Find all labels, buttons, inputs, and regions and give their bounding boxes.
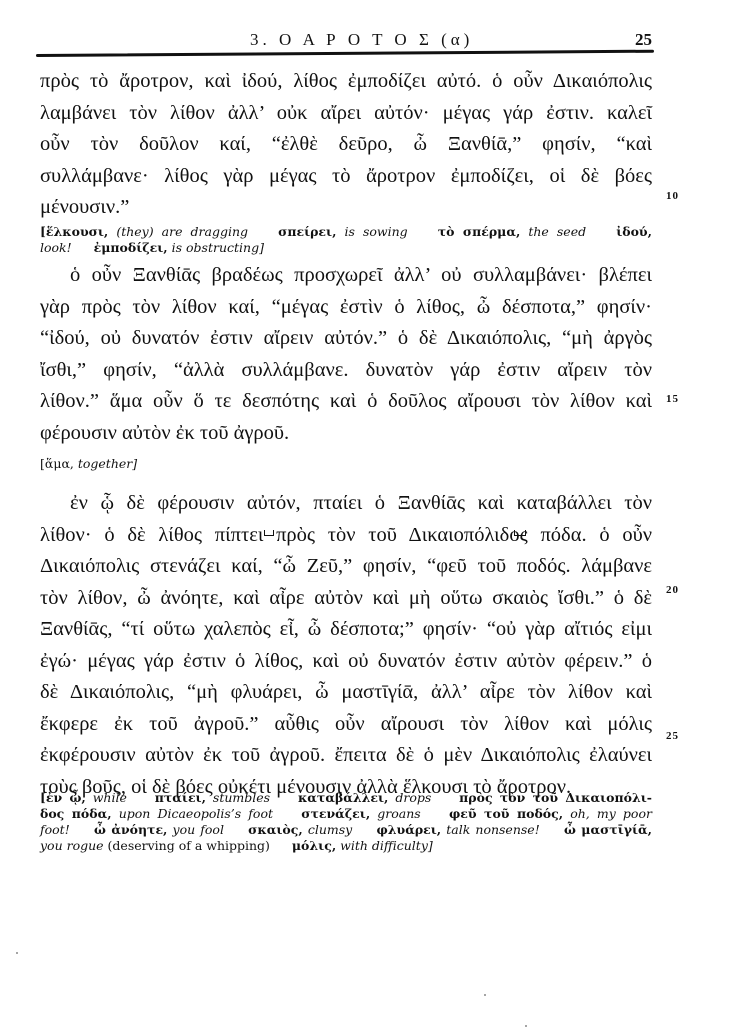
gloss-term: ἐμποδίζει, <box>94 240 168 255</box>
gloss-definition: (they) are dragging <box>116 224 248 239</box>
vocabulary-gloss-2: [ἅμα, together] <box>40 456 652 472</box>
gloss-term: ἰδού, <box>616 224 652 239</box>
gloss-term: μόλις, <box>292 838 336 853</box>
passage-line: οὖν τὸν δοῦλον καί, “ἐλθὲ δεῦρο, ὦ Ξανθί… <box>40 129 652 161</box>
line-number-10: 10 <box>666 190 679 202</box>
gloss-term: στενάζει, <box>301 806 370 821</box>
passage-line: ὁ οὖν Ξανθίᾱς βραδέως προσχωρεῖ ἀλλ’ οὐ … <box>40 260 652 292</box>
gloss-term: δος πόδα, <box>40 806 112 821</box>
gloss-term: [ἕλκουσι, <box>40 224 108 239</box>
gloss-definition: is sowing <box>344 224 407 239</box>
passage-line: Ξανθίᾱς, “τί οὕτω χαλεπὸς εἶ, ὦ δέσποτα;… <box>40 614 652 646</box>
passage-line: μένουσιν.” <box>40 192 652 224</box>
passage-line: ἴσθι,” φησίν, “ἀλλὰ συλλάμβανε. δυνατὸν … <box>40 355 652 387</box>
passage-3: ἐν ᾧ δὲ φέρουσιν αὐτόν, πταίει ὁ Ξανθίᾱς… <box>40 488 652 803</box>
gloss-term: [ἐν ᾧ, <box>40 790 86 805</box>
gloss-term: ὦ ἀνόητε, <box>94 822 167 837</box>
page-number: 25 <box>635 30 652 50</box>
gloss-definition: clumsy <box>308 822 352 837</box>
gloss-definition: look! <box>40 240 72 255</box>
gloss-term: καταβάλλει, <box>298 790 388 805</box>
gloss-definition: the seed <box>528 224 586 239</box>
gloss-definition: drops <box>395 790 431 805</box>
gloss-line: δος πόδα, upon Dicaeopolis’s foot στενάζ… <box>40 806 652 822</box>
gloss-line: you rogue (deserving of a whipping) μόλι… <box>40 838 652 854</box>
passage-line: ἐν ᾧ δὲ φέρουσιν αὐτόν, πταίει ὁ Ξανθίᾱς… <box>40 488 652 520</box>
gloss-term: φεῦ τοῦ ποδός, <box>449 806 563 821</box>
passage-line: γὰρ πρὸς τὸν λίθον καί, “μέγας ἐστὶν ὁ λ… <box>40 292 652 324</box>
gloss-term: φλυάρει, <box>376 822 441 837</box>
gloss-definition: talk nonsense! <box>446 822 539 837</box>
gloss-term: ὦ μαστῑγίᾱ, <box>564 822 652 837</box>
passage-line: δὲ Δικαιόπολις, “μὴ φλυάρει, ὦ μαστῑγίᾱ,… <box>40 677 652 709</box>
gloss-definition: while <box>93 790 127 805</box>
passage-line: τὸν λίθον, ὦ ἀνόητε, καὶ αἶρε αὐτὸν καὶ … <box>40 583 652 615</box>
gloss-note: (deserving of a whipping) <box>108 838 270 853</box>
passage-line: λίθον· ὁ δὲ λίθος πίπτει πρὸς τὸν τοῦ Δι… <box>40 520 652 552</box>
gloss-line: [ἕλκουσι, (they) are dragging σπείρει, i… <box>40 224 652 240</box>
passage-line: Δικαιόπολις στενάζει καί, “ὦ Ζεῦ,” φησίν… <box>40 551 652 583</box>
gloss-definition: oh, my poor <box>570 806 652 821</box>
gloss-term: σπείρει, <box>278 224 336 239</box>
handwritten-bracket-mark <box>514 530 526 536</box>
passage-2: ὁ οὖν Ξανθίᾱς βραδέως προσχωρεῖ ἀλλ’ οὐ … <box>40 260 652 449</box>
vocabulary-gloss-1: [ἕλκουσι, (they) are dragging σπείρει, i… <box>40 224 652 256</box>
scan-speck <box>484 994 486 996</box>
gloss-term: πρὸς τὸν τοῦ Δικαιοπόλι- <box>459 790 652 805</box>
gloss-definition: with difficulty] <box>340 838 433 853</box>
passage-line: λίθον.” ἅμα οὖν ὅ τε δεσπότης καὶ ὁ δοῦλ… <box>40 386 652 418</box>
gloss-definition: upon Dicaeopolis’s foot <box>119 806 273 821</box>
gloss-term: πταίει, <box>155 790 206 805</box>
line-number-20: 20 <box>666 584 679 596</box>
gloss-term: τὸ σπέρμα, <box>438 224 521 239</box>
passage-line: λαμβάνει τὸν λίθον ἀλλ’ οὐκ αἴρει αὐτόν·… <box>40 98 652 130</box>
gloss-term: [ἅμα, <box>40 456 74 471</box>
line-number-25: 25 <box>666 730 679 742</box>
vocabulary-gloss-3: [ἐν ᾧ, while πταίει, stumbles καταβάλλει… <box>40 790 652 854</box>
gloss-definition: groans <box>377 806 420 821</box>
handwritten-bracket-mark <box>264 530 274 536</box>
scan-speck <box>525 1025 527 1027</box>
gloss-definition: foot! <box>40 822 70 837</box>
gloss-definition: is obstructing] <box>172 240 264 255</box>
passage-line: ἐκφέρουσιν αὐτὸν ἐκ τοῦ ἀγροῦ. ἔπειτα δὲ… <box>40 740 652 772</box>
passage-line: συλλάμβανε· λίθος γὰρ μέγας τὸ ἄροτρον ἐ… <box>40 161 652 193</box>
passage-line: πρὸς τὸ ἄροτρον, καὶ ἰδού, λίθος ἐμποδίζ… <box>40 66 652 98</box>
passage-1: πρὸς τὸ ἄροτρον, καὶ ἰδού, λίθος ἐμποδίζ… <box>40 66 652 224</box>
gloss-line: [ἐν ᾧ, while πταίει, stumbles καταβάλλει… <box>40 790 652 806</box>
gloss-line: foot! ὦ ἀνόητε, you fool σκαιὸς, clumsy … <box>40 822 652 838</box>
chapter-title: 3. Ο Α Ρ Ο Τ Ο Σ (α) <box>250 30 473 50</box>
line-number-15: 15 <box>666 393 679 405</box>
gloss-line: look! ἐμποδίζει, is obstructing] <box>40 240 652 256</box>
gloss-definition: stumbles <box>213 790 270 805</box>
passage-line: φέρουσιν αὐτὸν ἐκ τοῦ ἀγροῦ. <box>40 418 652 450</box>
passage-line: “ἰδού, οὐ δυνατόν ἐστιν αἴρειν αὐτόν.” ὁ… <box>40 323 652 355</box>
scan-speck <box>16 952 18 954</box>
gloss-definition: you fool <box>173 822 224 837</box>
gloss-definition: you rogue <box>40 838 104 853</box>
gloss-line: [ἅμα, together] <box>40 456 652 472</box>
gloss-term: σκαιὸς, <box>248 822 303 837</box>
gloss-definition: together] <box>78 456 137 471</box>
passage-line: ἐγώ· μέγας γάρ ἐστιν ὁ λίθος, καὶ οὐ δυν… <box>40 646 652 678</box>
passage-line: ἔκφερε ἐκ τοῦ ἀγροῦ.” αὖθις οὖν αἴρουσι … <box>40 709 652 741</box>
textbook-page: 3. Ο Α Ρ Ο Τ Ο Σ (α) 25 πρὸς τὸ ἄροτρον,… <box>0 0 739 1030</box>
